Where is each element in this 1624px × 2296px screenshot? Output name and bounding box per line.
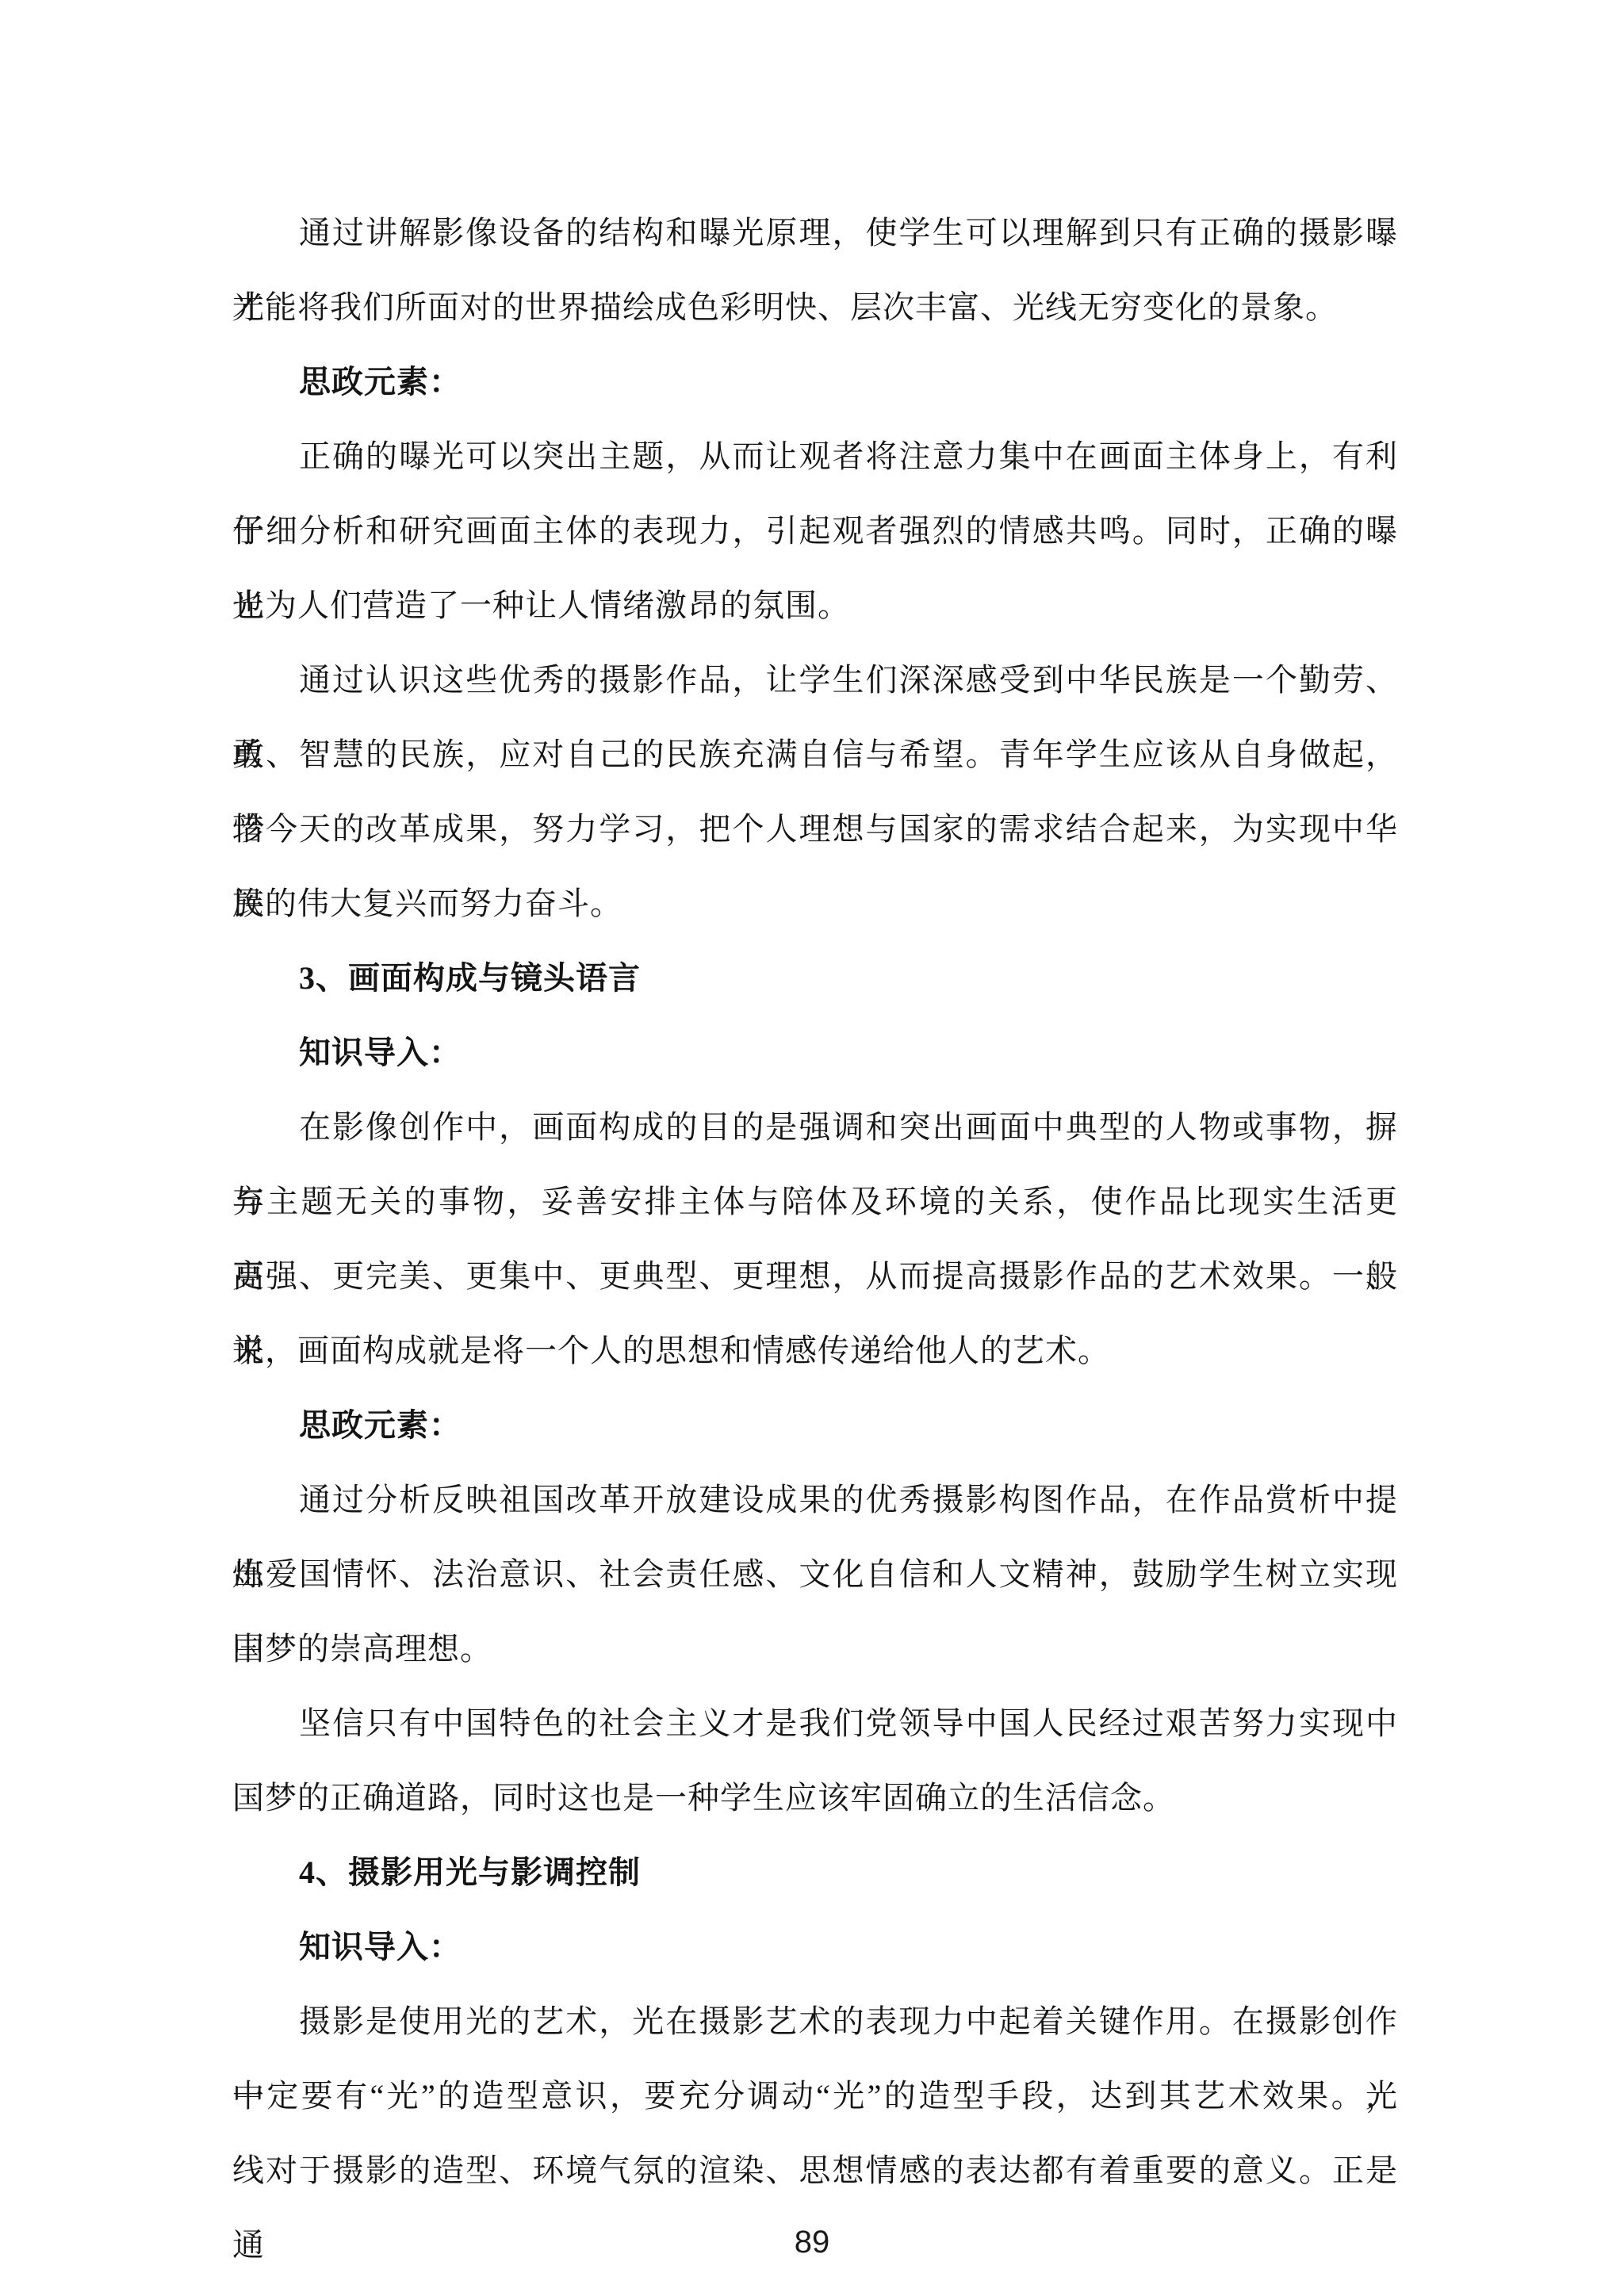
- document-body: 通过讲解影像设备的结构和曝光原理，使学生可以理解到只有正确的摄影曝光 才能将我们…: [232, 196, 1398, 2208]
- paragraph-line: 在影像创作中，画面构成的目的是强调和突出画面中典型的人物或事物，摒弃: [232, 1090, 1398, 1165]
- paragraph-line: 正确的曝光可以突出主题，从而让观者将注意力集中在画面主体身上，有利于: [232, 419, 1398, 494]
- paragraph-line: 通过认识这些优秀的摄影作品，让学生们深深感受到中华民族是一个勤劳、勇: [232, 643, 1398, 717]
- paragraph-line: 坚信只有中国特色的社会主义才是我们党领导中国人民经过艰苦努力实现中: [232, 1686, 1398, 1761]
- document-page: 通过讲解影像设备的结构和曝光原理，使学生可以理解到只有正确的摄影曝光 才能将我们…: [0, 0, 1624, 2296]
- paragraph-line: 国梦的崇高理想。: [232, 1612, 1398, 1686]
- heading-civic-elements: 思政元素：: [232, 1388, 1398, 1463]
- paragraph-line: 更强、更完美、更集中、更典型、更理想，从而提高摄影作品的艺术效果。一般来: [232, 1239, 1398, 1314]
- paragraph-line: 线对于摄影的造型、环境气氛的渲染、思想情感的表达都有着重要的意义。正是通: [232, 2133, 1398, 2208]
- heading-knowledge-intro: 知识导入：: [232, 1910, 1398, 1984]
- heading-knowledge-intro: 知识导入：: [232, 1016, 1398, 1090]
- paragraph-line: 敢、智慧的民族，应对自己的民族充满自信与希望。青年学生应该从自身做起，珍: [232, 717, 1398, 792]
- paragraph-line: 与主题无关的事物，妥善安排主体与陪体及环境的关系，使作品比现实生活更高、: [232, 1165, 1398, 1239]
- paragraph-line: 通过分析反映祖国改革开放建设成果的优秀摄影构图作品，在作品赏析中提炼: [232, 1463, 1398, 1537]
- paragraph-line: 国梦的正确道路，同时这也是一种学生应该牢固确立的生活信念。: [232, 1761, 1398, 1835]
- heading-section-3: 3、画面构成与镜头语言: [232, 941, 1398, 1016]
- paragraph-line: 才能将我们所面对的世界描绘成色彩明快、层次丰富、光线无穷变化的景象。: [232, 270, 1398, 345]
- paragraph-line: 说，画面构成就是将一个人的思想和情感传递给他人的艺术。: [232, 1314, 1398, 1388]
- paragraph-line: 摄影是使用光的艺术，光在摄影艺术的表现力中起着关键作用。在摄影创作中，: [232, 1984, 1398, 2059]
- paragraph-line: 一定要有“光”的造型意识，要充分调动“光”的造型手段，达到其艺术效果。光: [232, 2059, 1398, 2133]
- heading-section-4: 4、摄影用光与影调控制: [232, 1835, 1398, 1910]
- page-number: 89: [0, 2225, 1624, 2260]
- paragraph-line: 惜今天的改革成果，努力学习，把个人理想与国家的需求结合起来，为实现中华民: [232, 792, 1398, 867]
- paragraph-line: 也为人们营造了一种让人情绪激昂的氛围。: [232, 568, 1398, 643]
- paragraph-line: 族的伟大复兴而努力奋斗。: [232, 867, 1398, 941]
- paragraph-line: 通过讲解影像设备的结构和曝光原理，使学生可以理解到只有正确的摄影曝光: [232, 196, 1398, 270]
- paragraph-line: 出爱国情怀、法治意识、社会责任感、文化自信和人文精神，鼓励学生树立实现中: [232, 1537, 1398, 1612]
- heading-civic-elements: 思政元素：: [232, 345, 1398, 419]
- paragraph-line: 仔细分析和研究画面主体的表现力，引起观者强烈的情感共鸣。同时，正确的曝光: [232, 494, 1398, 568]
